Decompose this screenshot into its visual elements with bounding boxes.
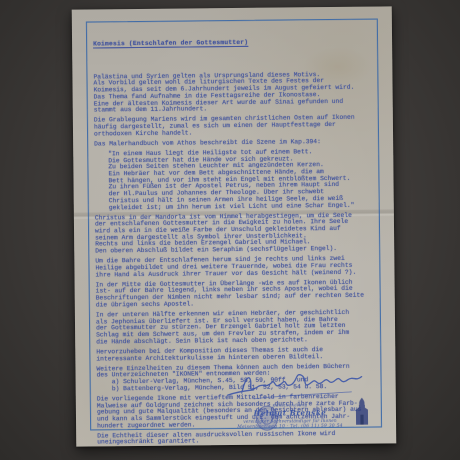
stamp-qualification-line: vereidigter Sachverständiger für Ikonen [210,417,370,424]
certificate-paper: Koimesis (Entschlafen der Gottesmutter) … [72,6,397,446]
paragraph: "In einem Haus liegt die Heiligste tot a… [108,148,374,211]
paragraph: Christus in der Mandorla ist vom Himmel … [95,212,374,255]
photo-background: Koimesis (Entschlafen der Gottesmutter) … [0,0,460,460]
expert-name: Helmut Brenske [210,407,370,418]
paragraph: In der Mitte die Gottesmutter in Überlän… [96,279,375,309]
paragraph: Hervorzuheben bei der Komposition dieses… [96,346,375,362]
signature-area: Kunsthandlung Helmut Brenske vereidigter… [76,373,397,446]
paragraph: Das Malerhandbuch vom Athos beschreibt d… [94,138,373,148]
paragraph: Um die Bahre der Entschlafenen herum sin… [95,256,374,279]
expert-stamp-text: Kunsthandlung Helmut Brenske vereidigter… [210,402,370,431]
paragraph: Die Grablegung Mariens wird im gesamten … [94,115,373,138]
paragraph: In der unteren Hälfte erkennen wir einen… [96,309,375,345]
document-heading: Koimesis (Entschlafen der Gottesmutter) [93,39,372,49]
paragraph: Palästina und Syrien gelten als Ursprung… [93,71,372,114]
stamp-address-line: Meisenbachweg 10 · Tel. (06 11) 59 30 54 [210,424,370,431]
